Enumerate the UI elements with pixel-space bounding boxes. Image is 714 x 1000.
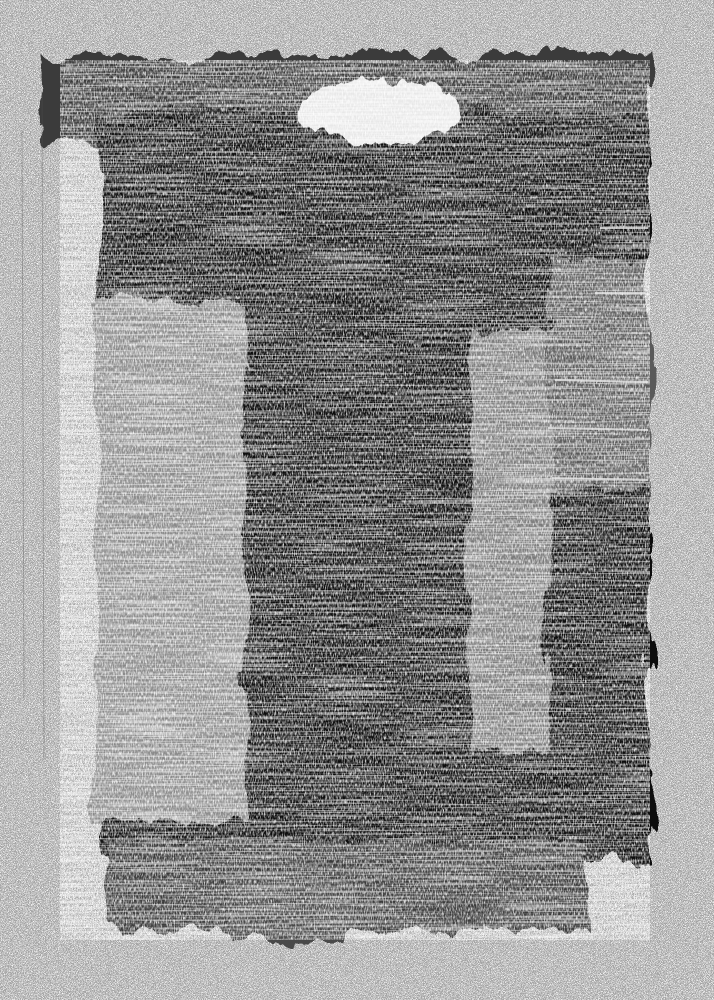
grunge-texture-artwork bbox=[0, 0, 714, 1000]
texture-svg bbox=[0, 0, 714, 1000]
vertical-streaks bbox=[60, 60, 650, 940]
